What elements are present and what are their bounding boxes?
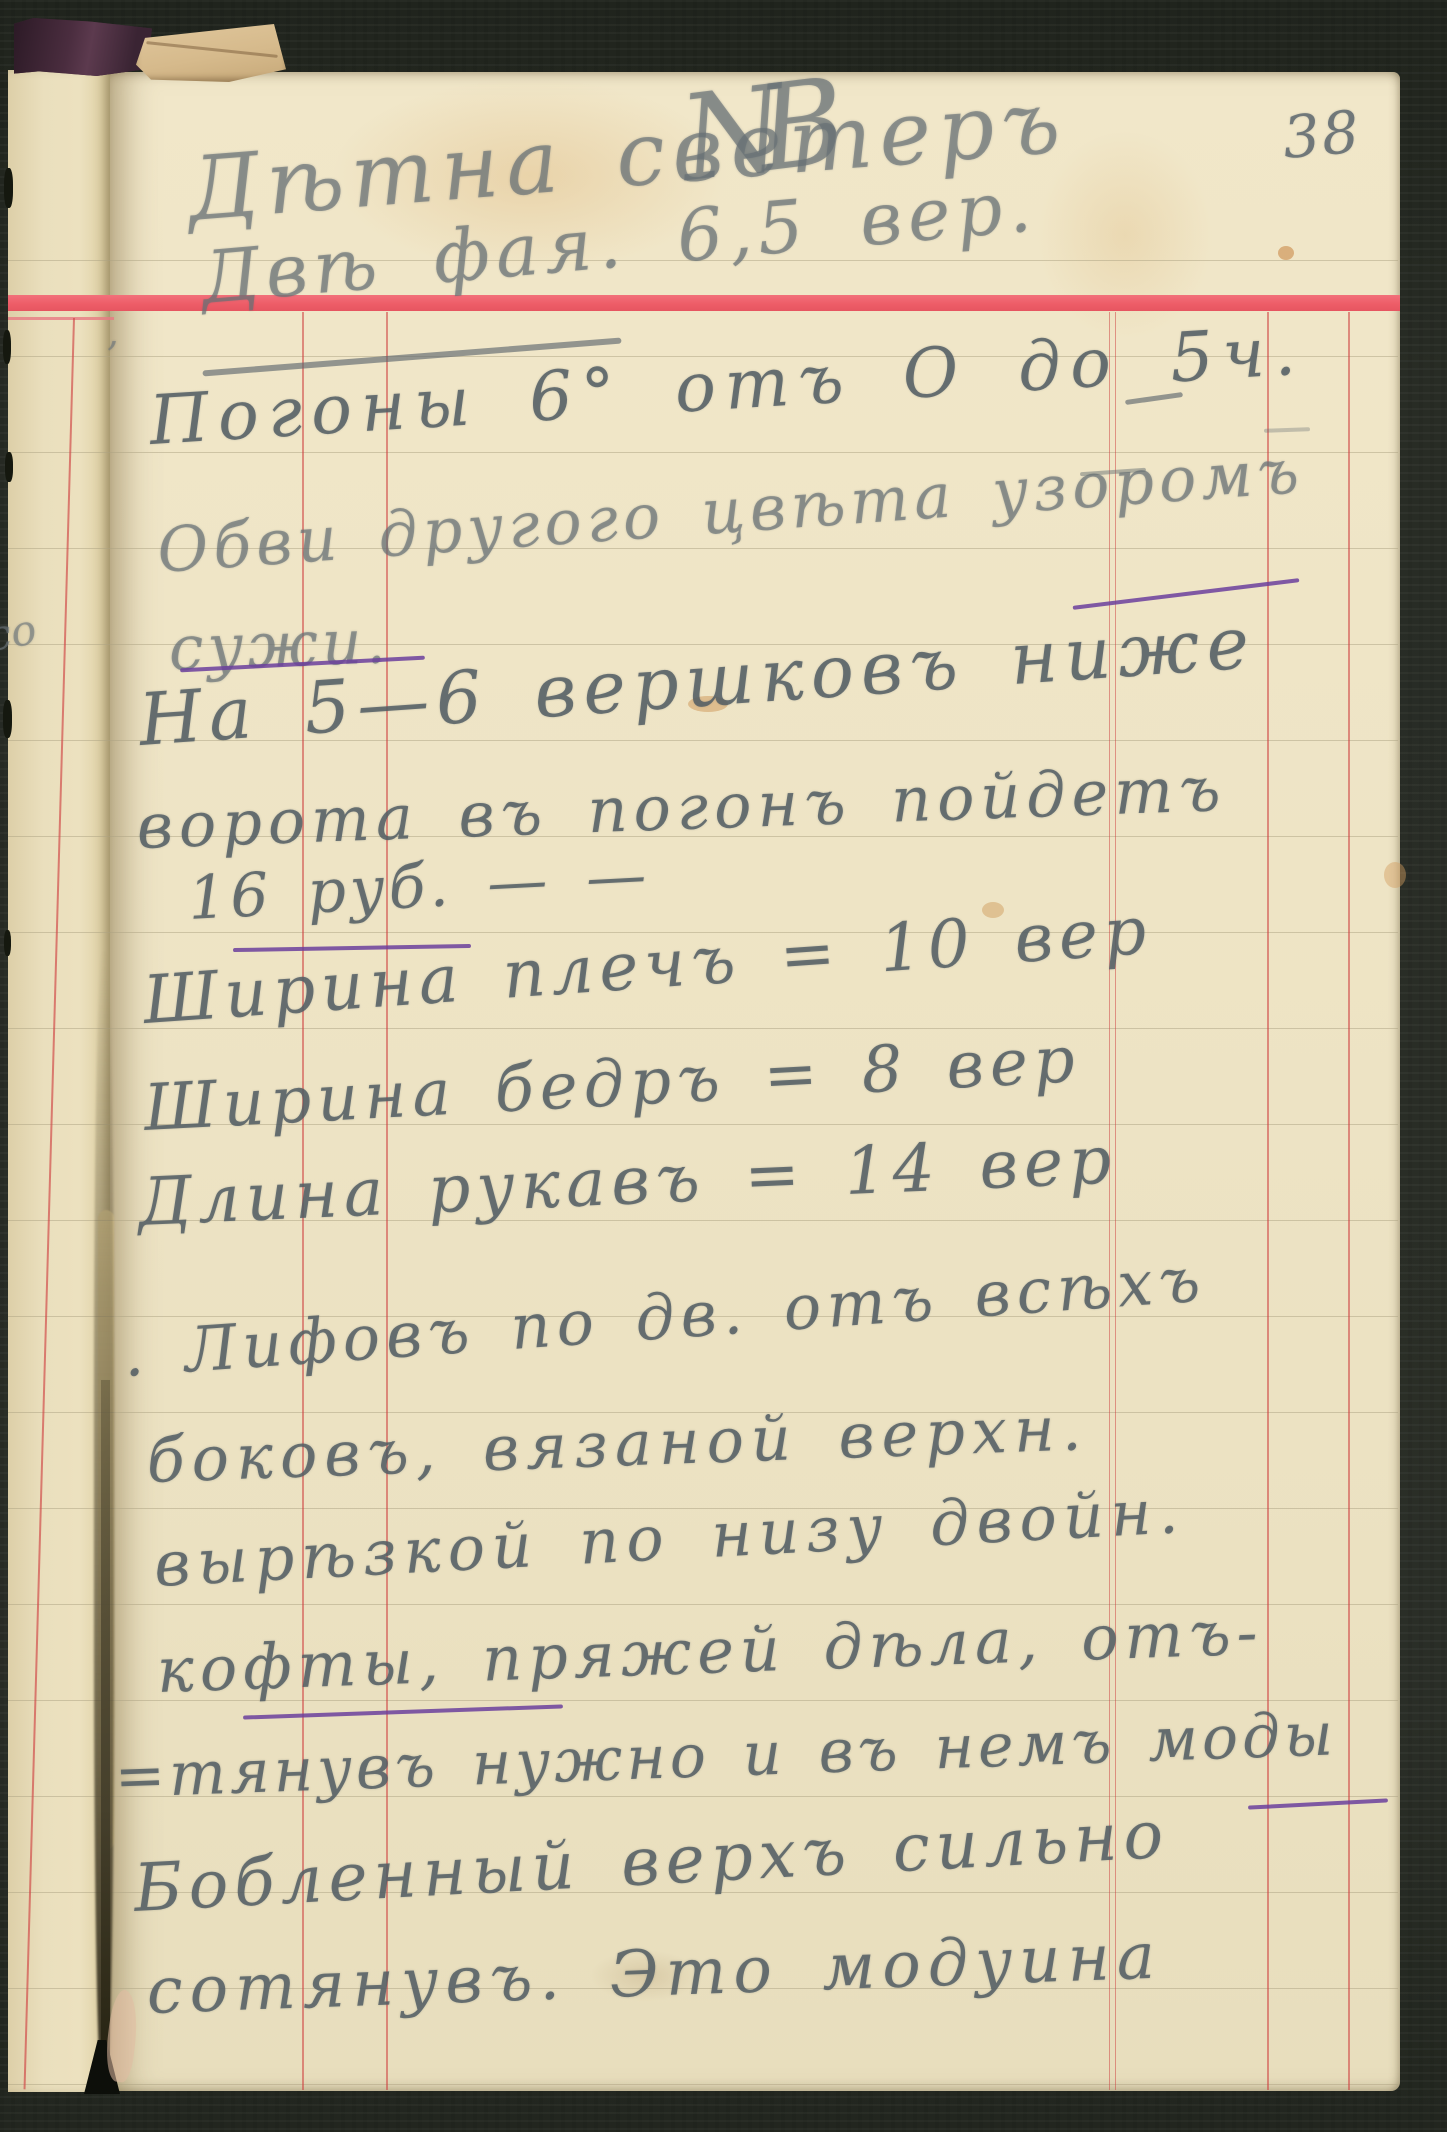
- scanned-notebook-page: NB 38 со ’ Дѣтна светеръ Двѣ фая. 6,5 ве…: [0, 0, 1447, 2132]
- edge-chip: [5, 452, 13, 482]
- edge-chip: [3, 330, 11, 364]
- binding-gutter-core: [101, 1380, 110, 2092]
- edge-chip: [4, 168, 13, 208]
- red-margin-line: [1348, 312, 1350, 2090]
- stray-pencil-mark: ’: [106, 334, 118, 378]
- page-number: 38: [1280, 97, 1363, 172]
- red-margin-line: [1267, 312, 1269, 2090]
- edge-chip: [3, 700, 12, 738]
- binding-cloth-fragment: [14, 18, 152, 76]
- edge-chip: [4, 930, 11, 956]
- red-header-rule-thin: [8, 317, 114, 320]
